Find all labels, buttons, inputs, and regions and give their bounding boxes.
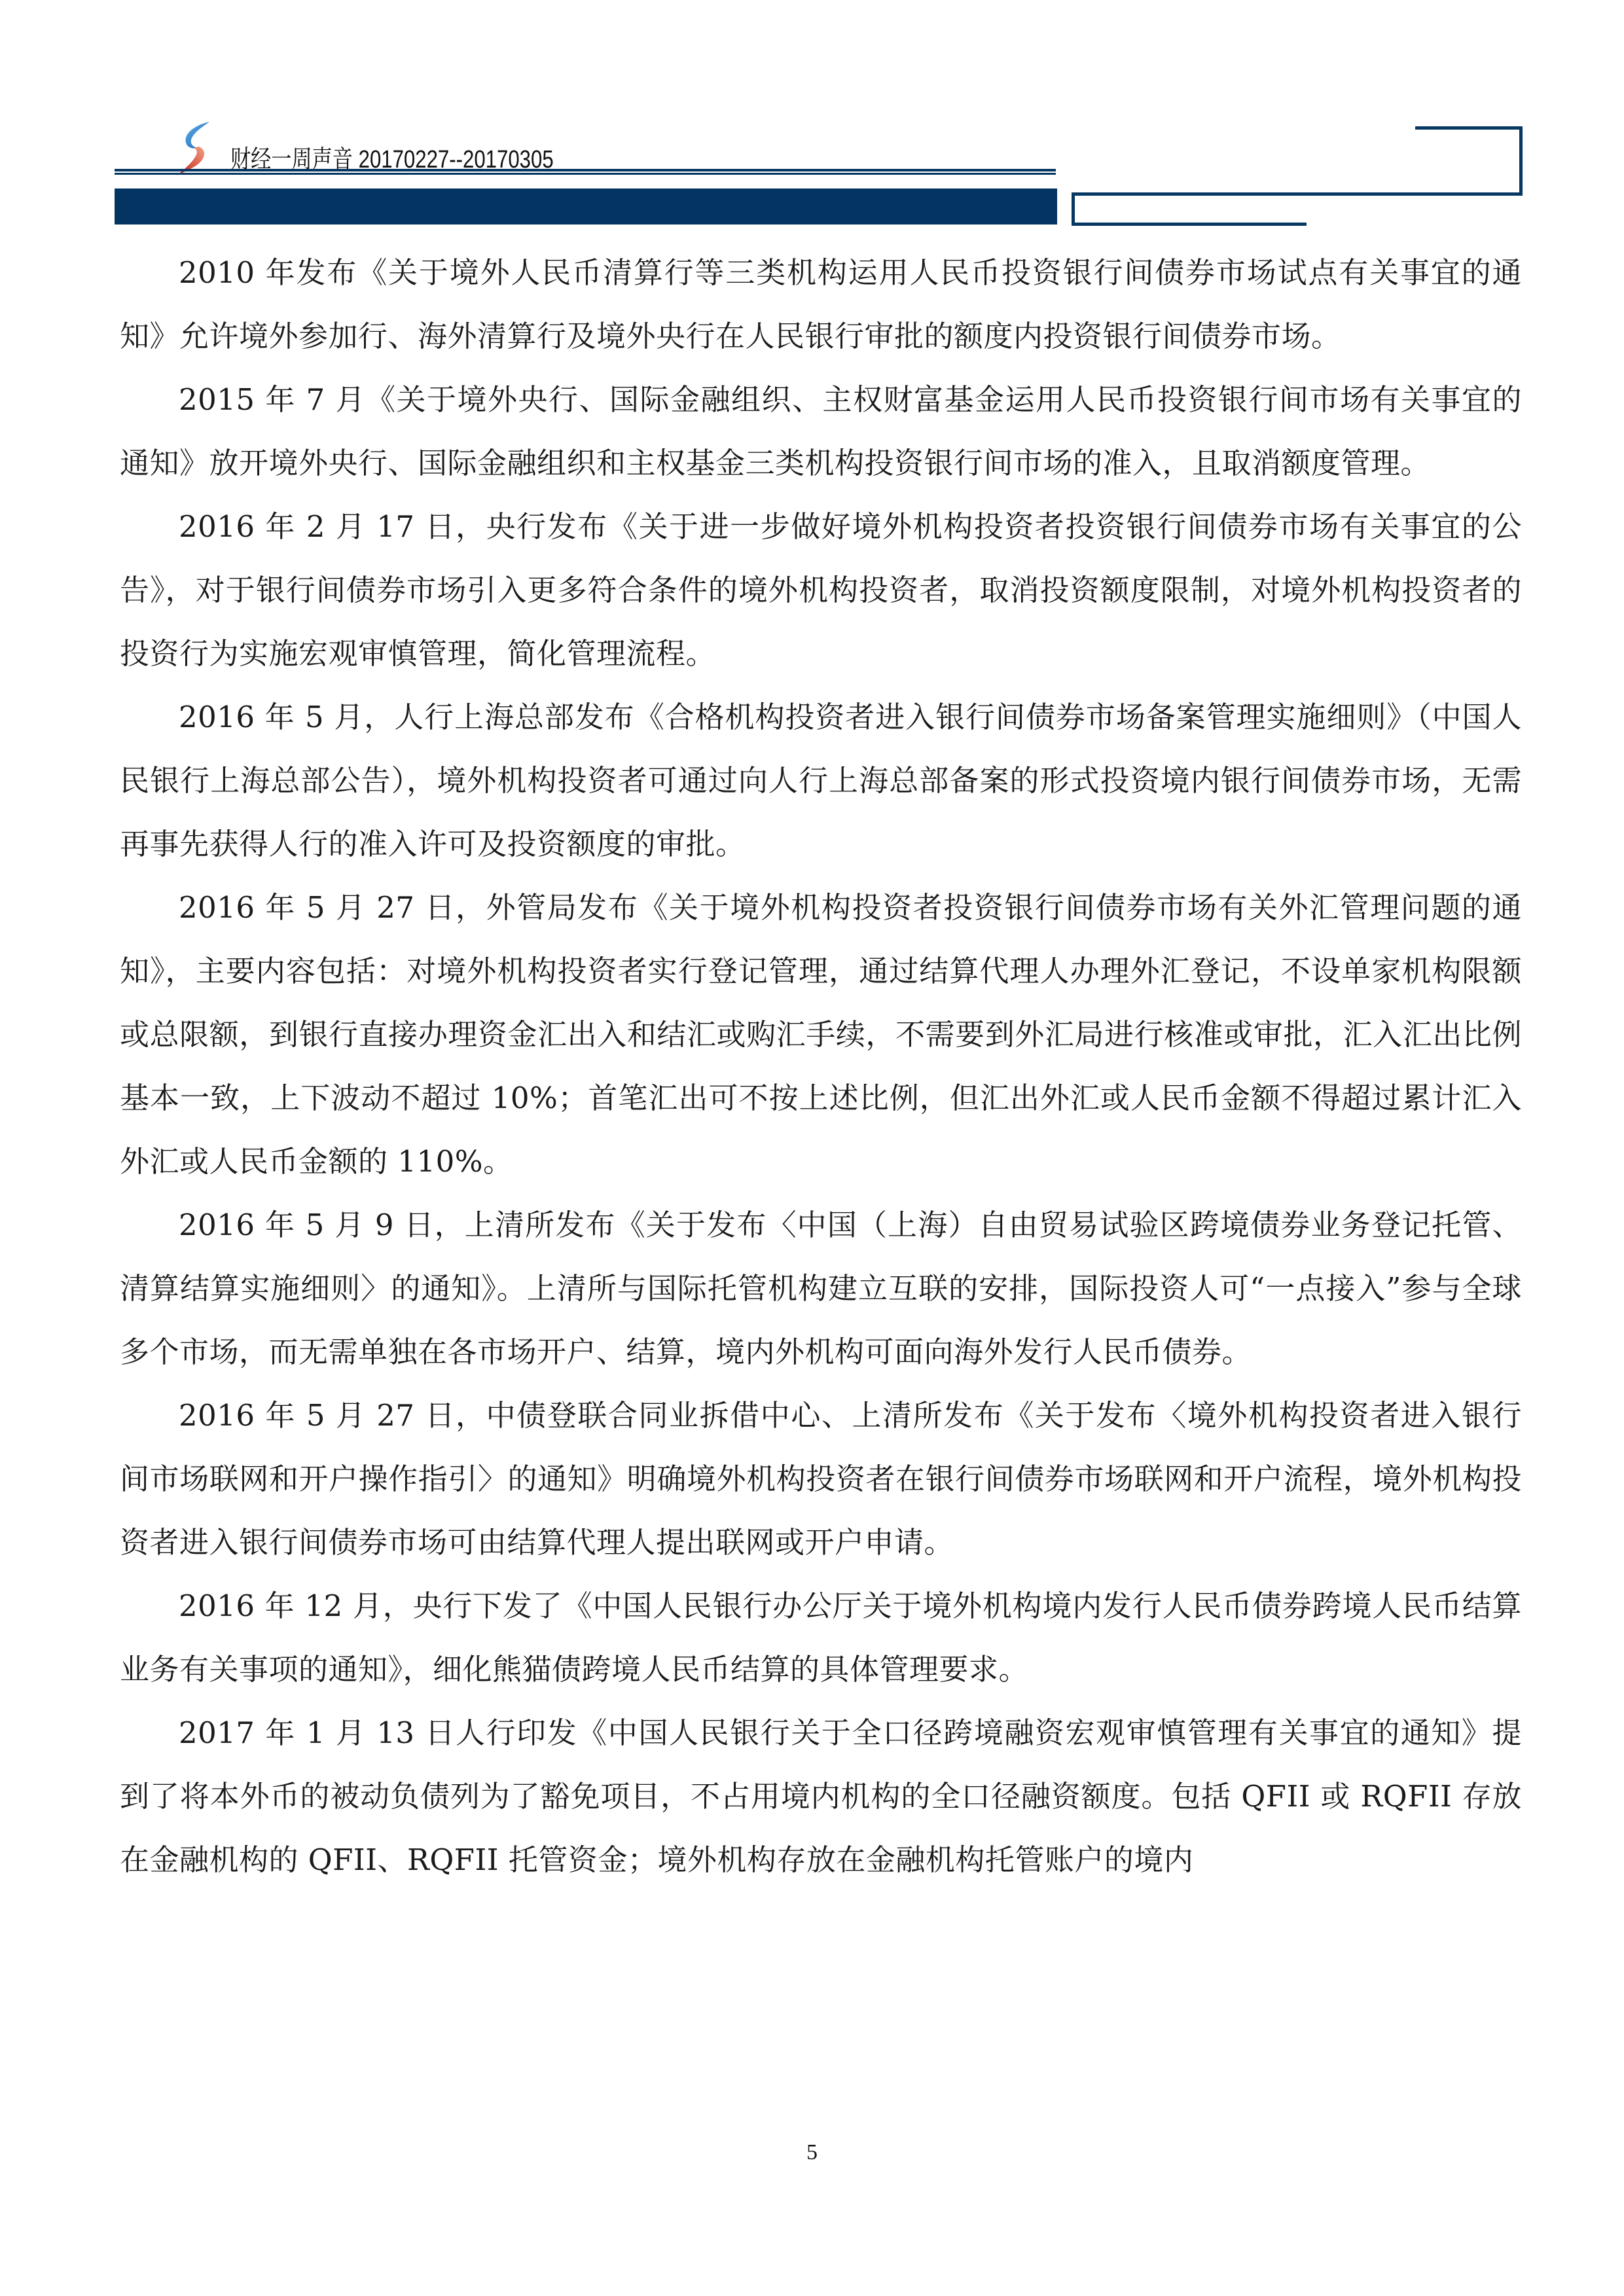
body-content: 2010 年发布《关于境外人民币清算行等三类机构运用人民币投资银行间债券市场试点… xyxy=(120,241,1522,1892)
rule-line-bottom xyxy=(115,173,1056,175)
decor-frame-left-line xyxy=(1072,192,1075,225)
decor-frame-top-line xyxy=(1415,126,1522,130)
brand-logo-icon xyxy=(171,118,217,177)
paragraph-2016-may27-ccdc: 2016 年 5 月 27 日，中债登联合同业拆借中心、上清所发布《关于发布〈境… xyxy=(120,1384,1522,1574)
rule-line-top xyxy=(115,169,1056,171)
paragraph-2016-feb: 2016 年 2 月 17 日，央行发布《关于进一步做好境外机构投资者投资银行间… xyxy=(120,495,1522,685)
paragraph-2016-may27-safe: 2016 年 5 月 27 日，外管局发布《关于境外机构投资者投资银行间债券市场… xyxy=(120,876,1522,1193)
header-double-rule xyxy=(115,169,1056,175)
stylized-s-logo-icon xyxy=(171,118,217,177)
decor-frame-bottom-line xyxy=(1072,223,1307,226)
paragraph-2016-may-shanghai: 2016 年 5 月，人行上海总部发布《合格机构投资者进入银行间债券市场备案管理… xyxy=(120,685,1522,876)
paragraph-2010-pilot: 2010 年发布《关于境外人民币清算行等三类机构运用人民币投资银行间债券市场试点… xyxy=(120,241,1522,368)
page-number: 5 xyxy=(0,2140,1624,2165)
paragraph-2016-may9-shclearing: 2016 年 5 月 9 日，上清所发布《关于发布〈中国（上海）自由贸易试验区跨… xyxy=(120,1193,1522,1384)
header-navy-bar xyxy=(115,188,1057,224)
paragraph-2017-jan: 2017 年 1 月 13 日人行印发《中国人民银行关于全口径跨境融资宏观审慎管… xyxy=(120,1701,1522,1892)
decor-frame-middle-line xyxy=(1072,192,1523,196)
decor-frame-right-line xyxy=(1519,126,1523,195)
paragraph-2016-dec: 2016 年 12 月，央行下发了《中国人民银行办公厅关于境外机构境内发行人民币… xyxy=(120,1574,1522,1701)
paragraph-2015-july: 2015 年 7 月《关于境外央行、国际金融组织、主权财富基金运用人民币投资银行… xyxy=(120,368,1522,495)
